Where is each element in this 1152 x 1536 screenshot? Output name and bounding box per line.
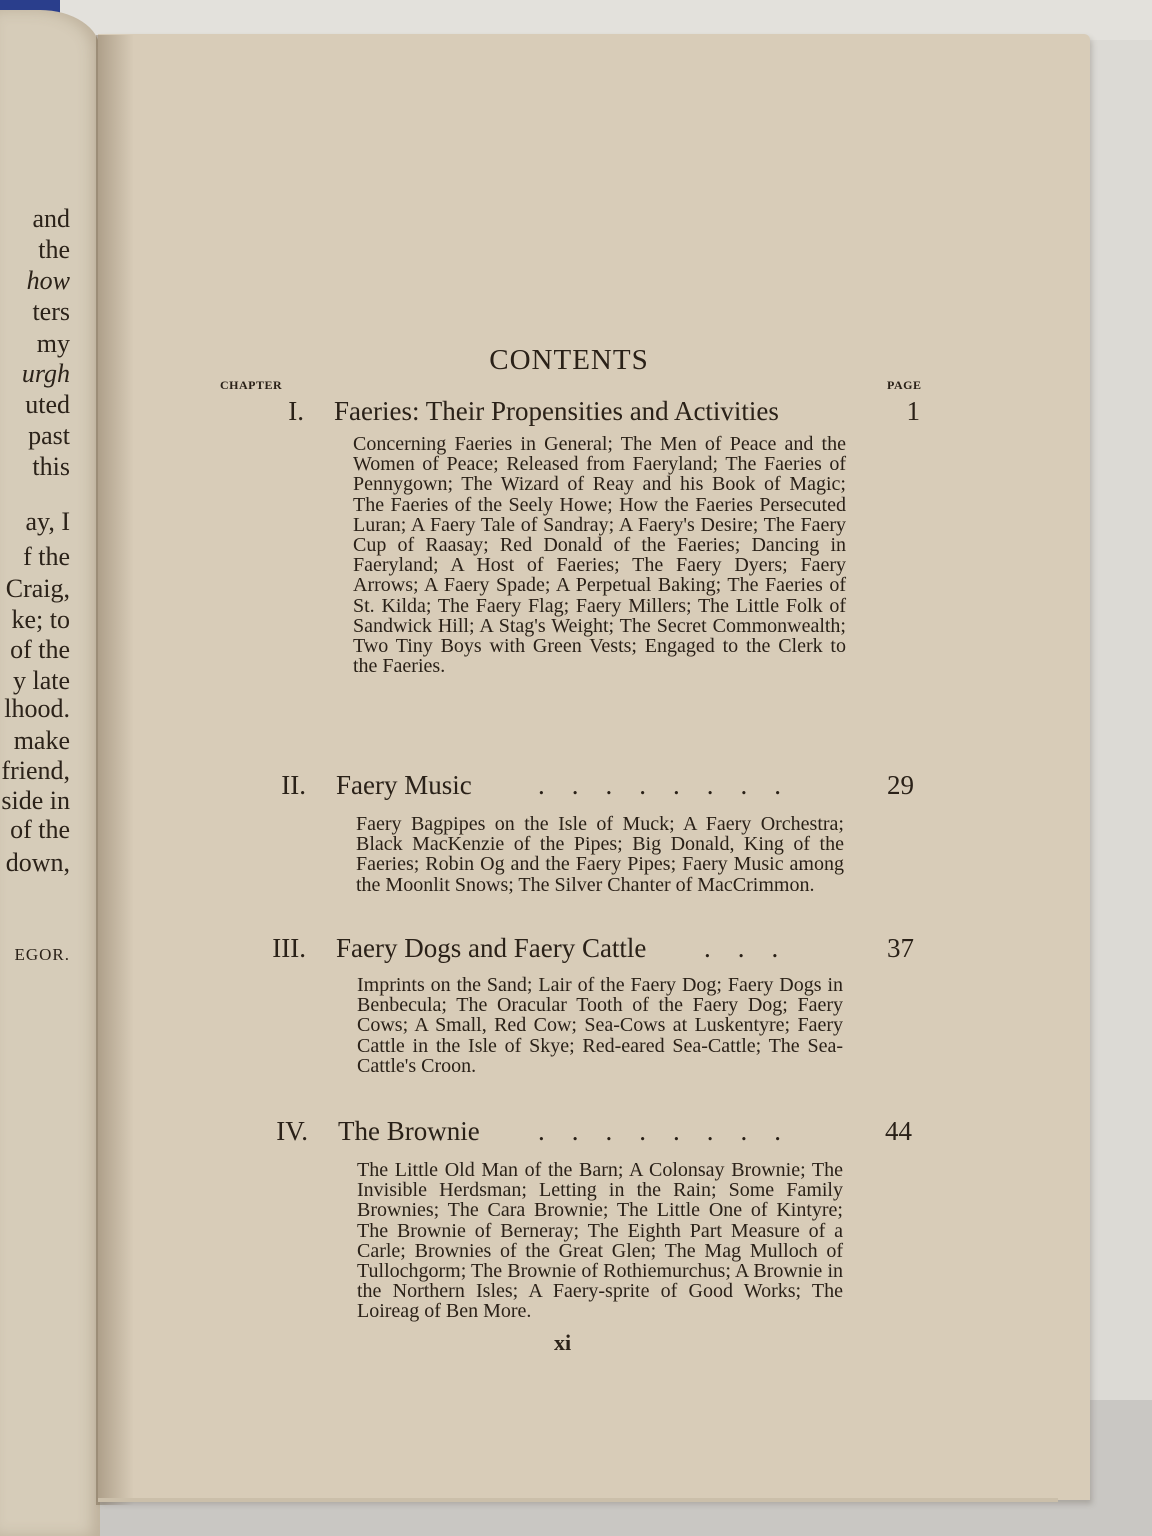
left-page-line: down,	[6, 848, 70, 878]
left-page-line: y late	[13, 666, 70, 696]
left-page-line: friend,	[1, 756, 70, 786]
left-page-line: ke; to	[12, 605, 71, 635]
left-page-signature: EGOR.	[14, 940, 70, 970]
chapter-description: Imprints on the Sand; Lair of the Faery …	[357, 975, 843, 1076]
left-page-line: side in	[1, 786, 70, 816]
left-page: and the how ters my urgh uted past this …	[0, 10, 100, 1536]
left-page-line: ters	[32, 297, 70, 327]
page-stack-edge	[98, 1498, 1058, 1502]
left-page-line: urgh	[22, 359, 70, 389]
left-page-line: f the	[23, 542, 70, 572]
left-page-line: of the	[10, 815, 70, 845]
left-page-line: the	[38, 235, 70, 265]
left-page-line: past	[28, 421, 70, 451]
left-page-line: lhood.	[4, 694, 70, 724]
chapter-description: Concerning Faeries in General; The Men o…	[353, 434, 846, 676]
chapter-number: IV.	[276, 1116, 308, 1147]
page-column-label: PAGE	[887, 378, 921, 393]
left-page-line: ay, I	[25, 507, 70, 537]
left-page-line: of the	[10, 635, 70, 665]
chapter-page-number: 44	[885, 1116, 912, 1147]
gutter-shadow	[96, 35, 134, 1505]
left-page-line: this	[32, 452, 70, 482]
chapter-number: I.	[288, 396, 304, 427]
left-page-line: uted	[25, 390, 70, 420]
chapter-description: The Little Old Man of the Barn; A Colons…	[357, 1160, 843, 1322]
chapter-page-number: 1	[907, 396, 921, 427]
chapter-page-number: 29	[887, 770, 914, 801]
left-page-line: and	[32, 204, 70, 234]
left-page-line: Craig,	[6, 574, 70, 604]
leader-dots: . . .	[704, 933, 778, 964]
page-folio: xi	[554, 1330, 571, 1356]
left-page-line: my	[37, 329, 70, 359]
chapter-title: Faeries: Their Propensities and Activiti…	[334, 396, 854, 427]
leader-dots: . . . . . . . .	[538, 770, 781, 801]
right-page: CONTENTS CHAPTER PAGE I. Faeries: Their …	[98, 34, 1090, 1500]
chapter-number: III.	[272, 933, 306, 964]
left-page-line: make	[14, 726, 70, 756]
chapter-number: II.	[281, 770, 306, 801]
chapter-column-label: CHAPTER	[220, 378, 282, 393]
left-page-line: how	[27, 266, 70, 296]
chapter-page-number: 37	[887, 933, 914, 964]
chapter-description: Faery Bagpipes on the Isle of Muck; A Fa…	[356, 814, 844, 895]
page-title: CONTENTS	[98, 344, 1040, 377]
leader-dots: . . . . . . . .	[538, 1116, 781, 1147]
